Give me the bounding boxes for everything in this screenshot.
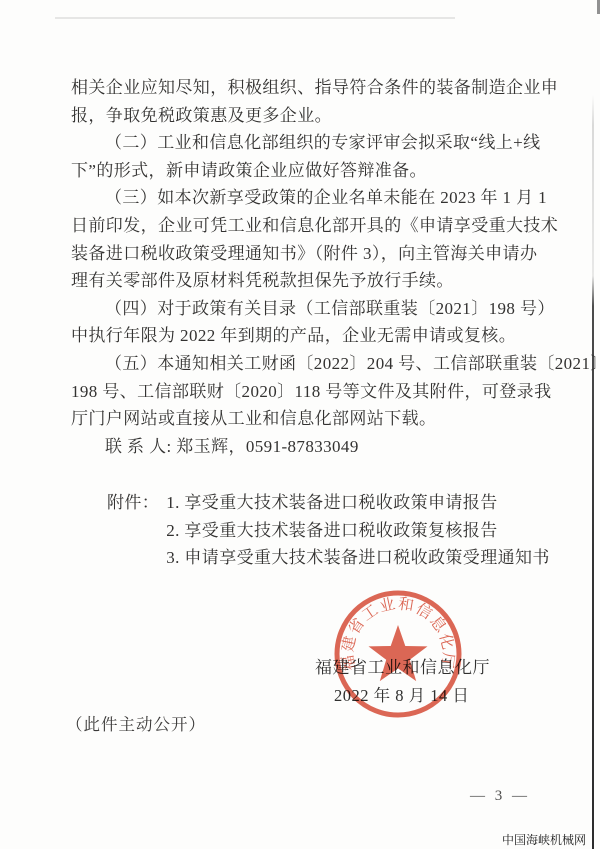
body-line: 日前印发，企业可凭工业和信息化部开具的《申请享受重大技术 <box>71 212 537 240</box>
body-line: 厅门户网站或直接从工业和信息化部网站下载。 <box>71 405 537 433</box>
body-line: 中执行年限为 2022 年到期的产品，企业无需申请或复核。 <box>71 322 537 350</box>
attachment-item: 1. 享受重大技术装备进口税收政策申请报告 <box>166 489 550 517</box>
scan-fold-artifact <box>55 17 455 19</box>
body-line: 198 号、工信部联财〔2020〕118 号等文件及其附件，可登录我 <box>71 378 537 406</box>
document-page: 相关企业应知尽知，积极组织、指导符合条件的装备制造企业申 报，争取免税政策惠及更… <box>0 0 600 849</box>
document-body: 相关企业应知尽知，积极组织、指导符合条件的装备制造企业申 报，争取免税政策惠及更… <box>71 74 537 460</box>
attachments-block: 附件： 1. 享受重大技术装备进口税收政策申请报告 2. 享受重大技术装备进口税… <box>107 489 550 572</box>
attachment-item: 3. 申请享受重大技术装备进口税收政策受理通知书 <box>166 544 550 572</box>
body-line: （五）本通知相关工财函〔2022〕204 号、工信部联重装〔2021〕 <box>71 350 537 378</box>
body-line: （二）工业和信息化部组织的专家评审会拟采取“线上+线 <box>71 129 537 157</box>
body-line: （三）如本次新享受政策的企业名单未能在 2023 年 1 月 1 <box>71 184 537 212</box>
body-line: 相关企业应知尽知，积极组织、指导符合条件的装备制造企业申 <box>71 74 537 102</box>
official-seal: 福建省工业和信息化厅 <box>331 587 465 721</box>
seal-graphic: 福建省工业和信息化厅 <box>331 587 465 721</box>
body-line: 装备进口税收政策受理通知书》（附件 3），向主管海关申请办 <box>71 240 537 268</box>
scan-edge-line <box>592 95 594 849</box>
attachments-label: 附件： <box>107 489 159 572</box>
seal-star-icon <box>369 625 428 681</box>
body-line: 报，争取免税政策惠及更多企业。 <box>71 102 537 130</box>
attachment-item: 2. 享受重大技术装备进口税收政策复核报告 <box>166 517 550 545</box>
body-line: 理有关零部件及原材料凭税款担保先予放行手续。 <box>71 267 537 295</box>
body-line: 下”的形式，新申请政策企业应做好答辩准备。 <box>71 157 537 185</box>
attachments-list: 1. 享受重大技术装备进口税收政策申请报告 2. 享受重大技术装备进口税收政策复… <box>166 489 550 572</box>
page-number: — 3 — <box>470 788 530 805</box>
contact-line: 联 系 人: 郑玉辉，0591-87833049 <box>71 433 537 461</box>
body-line: （四）对于政策有关目录（工信部联重装〔2021〕198 号） <box>71 295 537 323</box>
site-watermark: 中国海峡机械网 <box>502 831 586 848</box>
public-disclosure-note: （此件主动公开） <box>66 711 206 735</box>
